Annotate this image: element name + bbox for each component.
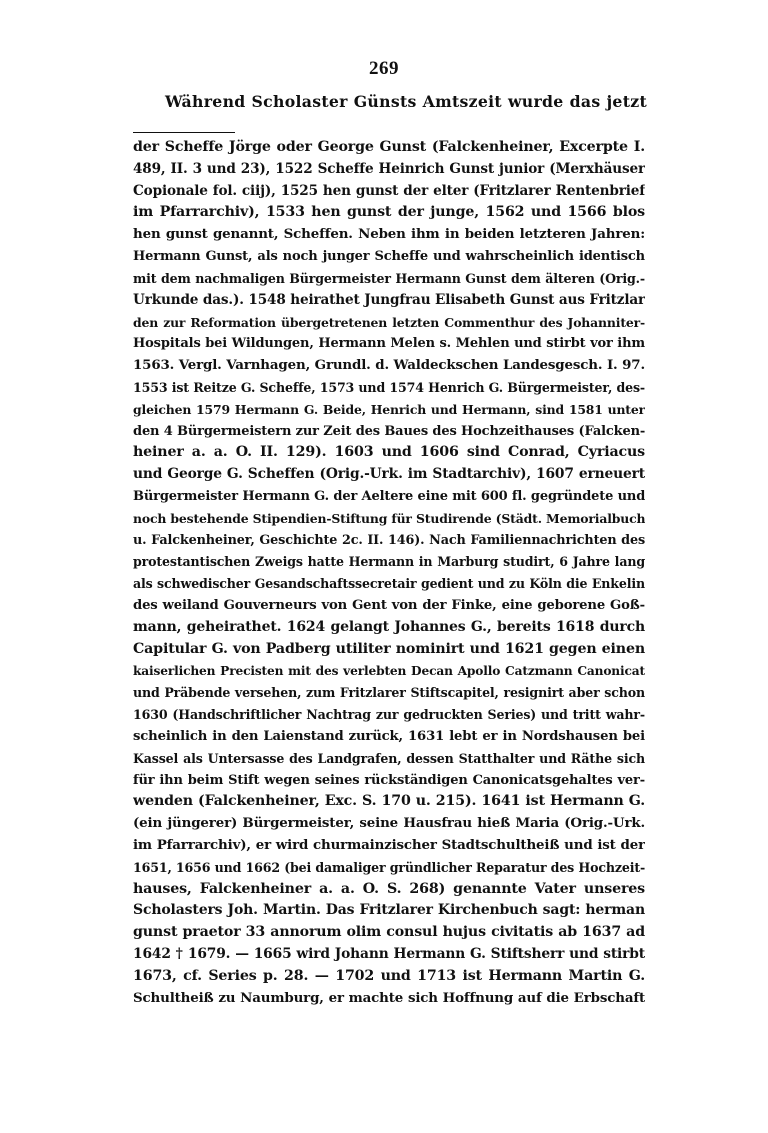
footnote-line: u. Falckenheiner, Geschichte 2c. II. 146…	[133, 530, 645, 552]
footnote-line: mit dem nachmaligen Bürgermeister Herman…	[133, 268, 645, 290]
footnote-line: Hospitals bei Wildungen, Hermann Melen s…	[133, 333, 645, 355]
footnote-line: 1651, 1656 und 1662 (bei damaliger gründ…	[133, 857, 645, 879]
footnote-line: für ihn beim Stift wegen seines rückstän…	[133, 770, 645, 792]
footnote-line: Kassel als Untersasse des Landgrafen, de…	[133, 748, 645, 770]
footnote-line: und George G. Scheffen (Orig.-Urk. im St…	[133, 464, 645, 486]
footnote-line: (ein jüngerer) Bürgermeister, seine Haus…	[133, 813, 645, 835]
footnote-line: Hermann Gunst, als noch junger Scheffe u…	[133, 246, 645, 268]
footnote-line: mann, geheirathet. 1624 gelangt Johannes…	[133, 617, 645, 639]
page-number: 269	[0, 58, 768, 80]
footnote-line: 1553 ist Reitze G. Scheffe, 1573 und 157…	[133, 377, 645, 399]
footnote-line: Schultheiß zu Naumburg, er machte sich H…	[133, 988, 645, 1010]
footnote-line: protestantischen Zweigs hatte Hermann in…	[133, 551, 645, 573]
footnote-line: den zur Reformation übergetretenen letzt…	[133, 312, 645, 334]
footnote-line: 1630 (Handschriftlicher Nachtrag zur ged…	[133, 704, 645, 726]
footnote-line: hen gunst genannt, Scheffen. Neben ihm i…	[133, 224, 645, 246]
footnote-block: der Scheffe Jörge oder George Gunst (Fal…	[133, 137, 645, 1010]
footnote-line: wenden (Falckenheiner, Exc. S. 170 u. 21…	[133, 791, 645, 813]
footnote-line: den 4 Bürgermeistern zur Zeit des Baues …	[133, 421, 645, 443]
footnote-line: hauses, Falckenheiner a. a. O. S. 268) g…	[133, 879, 645, 901]
footnote-line: Bürgermeister Hermann G. der Aeltere ein…	[133, 486, 645, 508]
footnote-line: Scholasters Joh. Martin. Das Fritzlarer …	[133, 900, 645, 922]
footnote-line: 489, II. 3 und 23), 1522 Scheffe Heinric…	[133, 159, 645, 181]
footnote-line: gleichen 1579 Hermann G. Beide, Henrich …	[133, 399, 645, 421]
footnote-line: des weiland Gouverneurs von Gent von der…	[133, 595, 645, 617]
footnote-line: noch bestehende Stipendien-Stiftung für …	[133, 508, 645, 530]
footnote-line: im Pfarrarchiv), 1533 hen gunst der jung…	[133, 202, 645, 224]
footnote-line: kaiserlichen Precisten mit des verlebten…	[133, 661, 645, 683]
footnote-line: als schwedischer Gesandschaftssecretair …	[133, 573, 645, 595]
main-text-line: Während Scholaster Günsts Amtszeit wurde…	[165, 92, 647, 111]
footnote-line: scheinlich in den Laienstand zurück, 163…	[133, 726, 645, 748]
footnote-line: 1673, cf. Series p. 28. — 1702 und 1713 …	[133, 966, 645, 988]
footnote-line: Capitular G. von Padberg utiliter nomini…	[133, 639, 645, 661]
footnote-line: im Pfarrarchiv), er wird churmainzischer…	[133, 835, 645, 857]
footnote-line: 1642 † 1679. — 1665 wird Johann Hermann …	[133, 944, 645, 966]
footnote-line: und Präbende versehen, zum Fritzlarer St…	[133, 682, 645, 704]
footnote-line: der Scheffe Jörge oder George Gunst (Fal…	[133, 137, 645, 159]
footnote-line: gunst praetor 33 annorum olim consul huj…	[133, 922, 645, 944]
footnote-rule	[133, 132, 235, 133]
footnote-line: Copionale fol. ciij), 1525 hen gunst der…	[133, 181, 645, 203]
footnote-line: heiner a. a. O. II. 129). 1603 und 1606 …	[133, 442, 645, 464]
footnote-line: Urkunde das.). 1548 heirathet Jungfrau E…	[133, 290, 645, 312]
footnote-line: 1563. Vergl. Varnhagen, Grundl. d. Walde…	[133, 355, 645, 377]
